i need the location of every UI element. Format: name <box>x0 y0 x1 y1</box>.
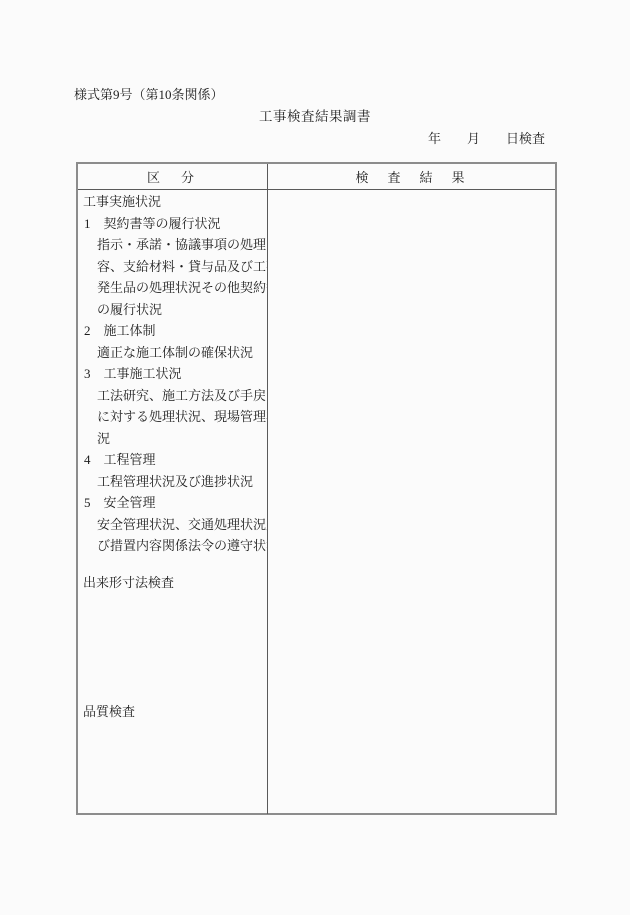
category-line: 容、支給材料・貸与品及び工事 <box>78 256 267 278</box>
category-line: 1 契約書等の履行状況 <box>78 213 267 235</box>
category-line: 2 施工体制 <box>78 320 267 342</box>
category-line: 工程管理状況及び進捗状況 <box>78 471 267 493</box>
category-line: 指示・承諾・協議事項の処理内 <box>78 234 267 256</box>
category-line: 出来形寸法検査 <box>78 572 267 594</box>
page-title: 工事検査結果調書 <box>0 105 630 125</box>
column-header-result: 検 査 結 果 <box>268 164 555 189</box>
category-line: 工事実施状況 <box>78 191 267 213</box>
category-line: 発生品の処理状況その他契約等 <box>78 277 267 299</box>
inspection-date-line: 年 月 日検査 <box>428 128 545 147</box>
category-line: 5 安全管理 <box>78 492 267 514</box>
category-line: の履行状況 <box>78 299 267 321</box>
document-page: 様式第9号（第10条関係） 工事検査結果調書 年 月 日検査 区 分 検 査 結… <box>0 0 630 915</box>
category-line: 品質検査 <box>78 701 267 723</box>
category-line: 4 工程管理 <box>78 449 267 471</box>
category-line: 適正な施工体制の確保状況 <box>78 342 267 364</box>
category-blank-line <box>78 658 267 680</box>
category-line: 安全管理状況、交通処理状況及 <box>78 514 267 536</box>
category-line: 工法研究、施工方法及び手戻り <box>78 385 267 407</box>
category-blank-line <box>78 679 267 701</box>
category-line: び措置内容関係法令の遵守状況 <box>78 535 267 557</box>
category-line: 況 <box>78 428 267 450</box>
category-blank-line <box>78 593 267 615</box>
inspection-table: 区 分 検 査 結 果 工事実施状況1 契約書等の履行状況指示・承諾・協議事項の… <box>76 162 557 815</box>
category-blank-line <box>78 615 267 637</box>
category-cell: 工事実施状況1 契約書等の履行状況指示・承諾・協議事項の処理内容、支給材料・貸与… <box>78 190 268 814</box>
category-line: 3 工事施工状況 <box>78 363 267 385</box>
form-number: 様式第9号（第10条関係） <box>74 84 224 103</box>
column-header-category: 区 分 <box>78 164 268 189</box>
category-line: に対する処理状況、現場管理状 <box>78 406 267 428</box>
result-cell <box>268 190 555 814</box>
table-body-row: 工事実施状況1 契約書等の履行状況指示・承諾・協議事項の処理内容、支給材料・貸与… <box>78 190 555 814</box>
table-header-row: 区 分 検 査 結 果 <box>78 164 555 190</box>
category-blank-line <box>78 557 267 572</box>
category-blank-line <box>78 636 267 658</box>
